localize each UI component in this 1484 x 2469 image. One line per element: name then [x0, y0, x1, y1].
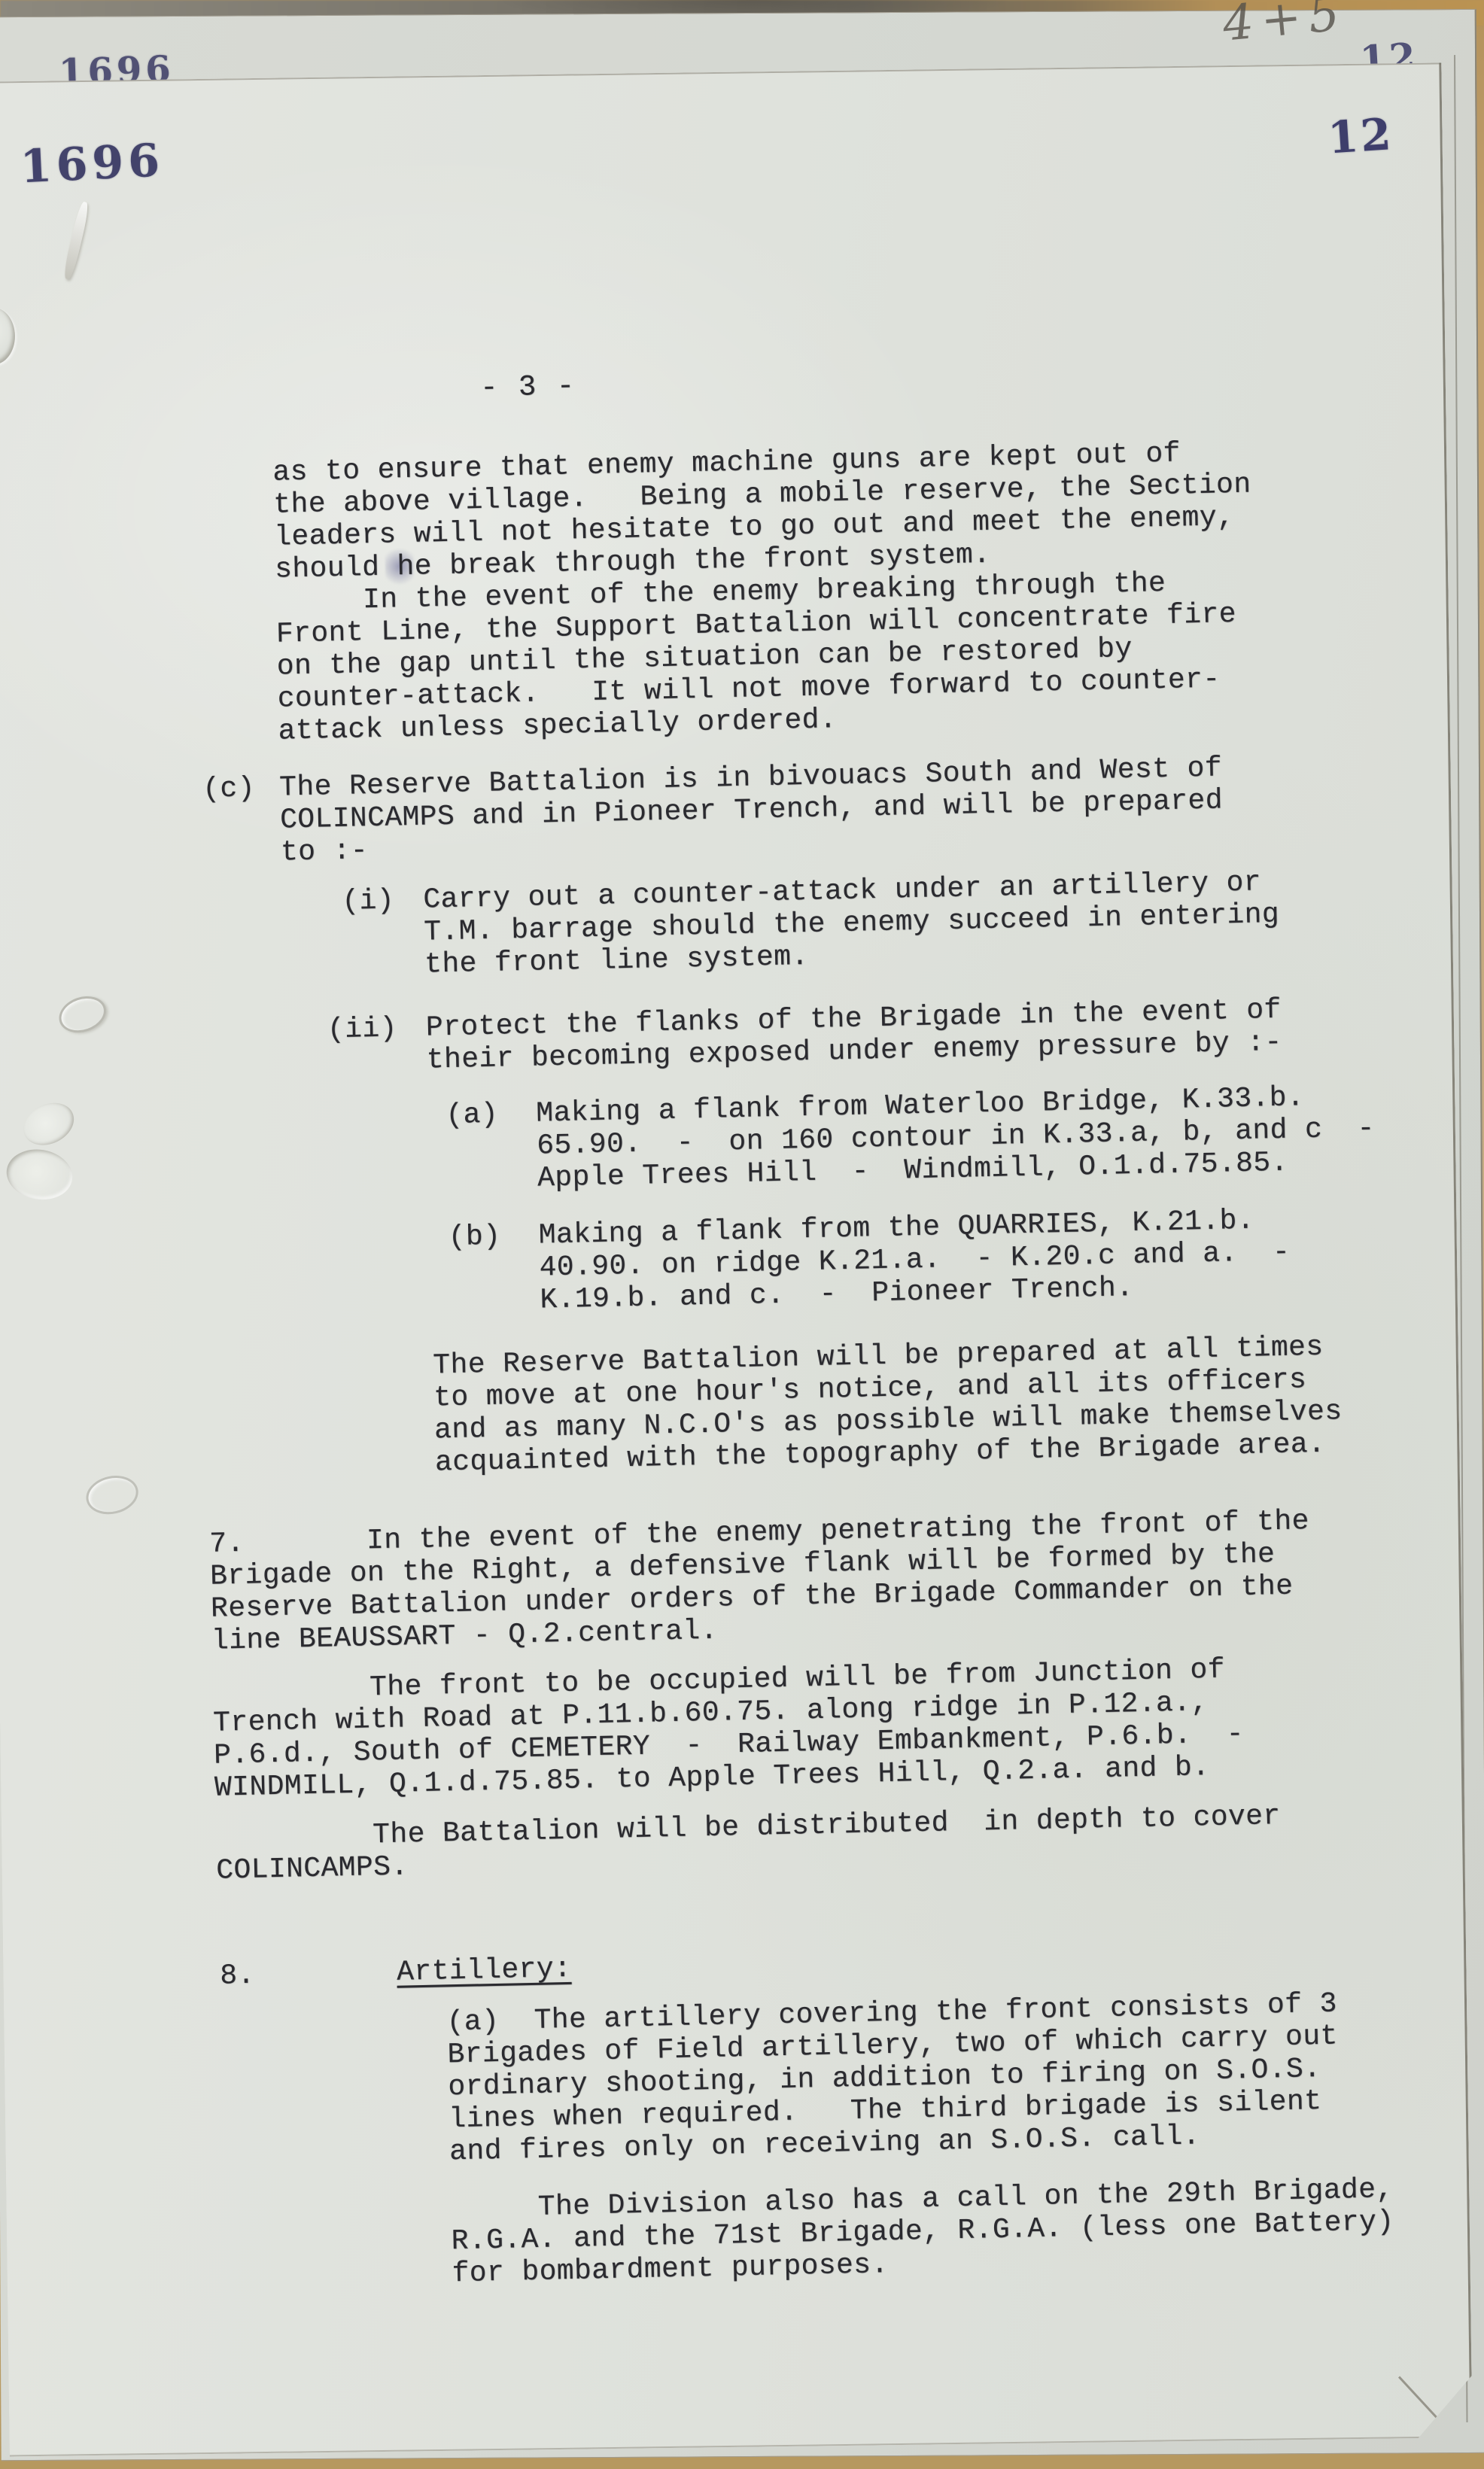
para-c-sub-i: (i) Carry out a counter-attack under an …: [423, 866, 1280, 981]
scanned-document: 1696 12 4+5 1696 12 - 3 - as to ensure t…: [0, 0, 1484, 2469]
para-reserve-readiness: The Reserve Battalion will be prepared a…: [433, 1330, 1343, 1479]
paragraph-text: The front to be occupied will be from Ju…: [212, 1653, 1245, 1805]
para-battalion-depth: The Battalion will be distributed in dep…: [215, 1800, 1282, 1887]
para-intro: as to ensure that enemy machine guns are…: [272, 436, 1256, 748]
section-number: 7.: [209, 1528, 245, 1561]
para-c-sub-ii: (ii) Protect the flanks of the Brigade i…: [425, 994, 1282, 1077]
pencil-annotation: 4+5: [1221, 0, 1349, 53]
paragraph-text: The Reserve Battalion is in bivouacs Sou…: [279, 752, 1224, 868]
paragraph-text: Making a flank from the QUARRIES, K.21.b…: [538, 1204, 1291, 1317]
paragraph-marker: (b): [448, 1221, 501, 1254]
page-header-number: - 3 -: [480, 370, 576, 405]
paragraph-text: Carry out a counter-attack under an arti…: [423, 866, 1280, 981]
paragraph-text: The Reserve Battalion will be prepared a…: [433, 1330, 1343, 1479]
paragraph-marker: (a): [446, 1099, 499, 1132]
section-number: 8.: [220, 1960, 255, 1993]
section-heading: Artillery:: [397, 1953, 572, 1989]
para-flank-a: (a) Making a flank from Waterloo Bridge,…: [536, 1080, 1376, 1194]
para-section-8-heading: 8. Artillery:: [397, 1953, 572, 1989]
para-section-7: 7. In the event of the enemy penetrating…: [209, 1505, 1312, 1658]
paragraph-marker: (c): [202, 772, 256, 805]
paragraph-text: (a) The artillery covering the front con…: [446, 1988, 1340, 2169]
paragraph-text: The Battalion will be distributed in dep…: [215, 1800, 1282, 1887]
typed-content: - 3 - as to ensure that enemy machine gu…: [0, 51, 1484, 2456]
document-page: 1696 12 - 3 - as to ensure that enemy ma…: [0, 62, 1473, 2456]
para-flank-b: (b) Making a flank from the QUARRIES, K.…: [538, 1204, 1291, 1317]
paragraph-marker: (i): [342, 884, 395, 917]
paragraph-text: as to ensure that enemy machine guns are…: [272, 436, 1256, 748]
paragraph-marker: (ii): [327, 1012, 398, 1046]
para-c: (c) The Reserve Battalion is in bivouacs…: [279, 752, 1224, 868]
para-front-occupied: The front to be occupied will be from Ju…: [212, 1653, 1245, 1805]
para-division-call: The Division also has a call on the 29th…: [450, 2173, 1394, 2290]
paragraph-text: Protect the flanks of the Brigade in the…: [425, 994, 1282, 1077]
paragraph-text: In the event of the enemy penetrating th…: [209, 1505, 1312, 1658]
paragraph-text: The Division also has a call on the 29th…: [450, 2173, 1394, 2290]
para-artillery-a: (a) The artillery covering the front con…: [446, 1988, 1340, 2169]
paragraph-text: Making a flank from Waterloo Bridge, K.3…: [536, 1080, 1376, 1194]
